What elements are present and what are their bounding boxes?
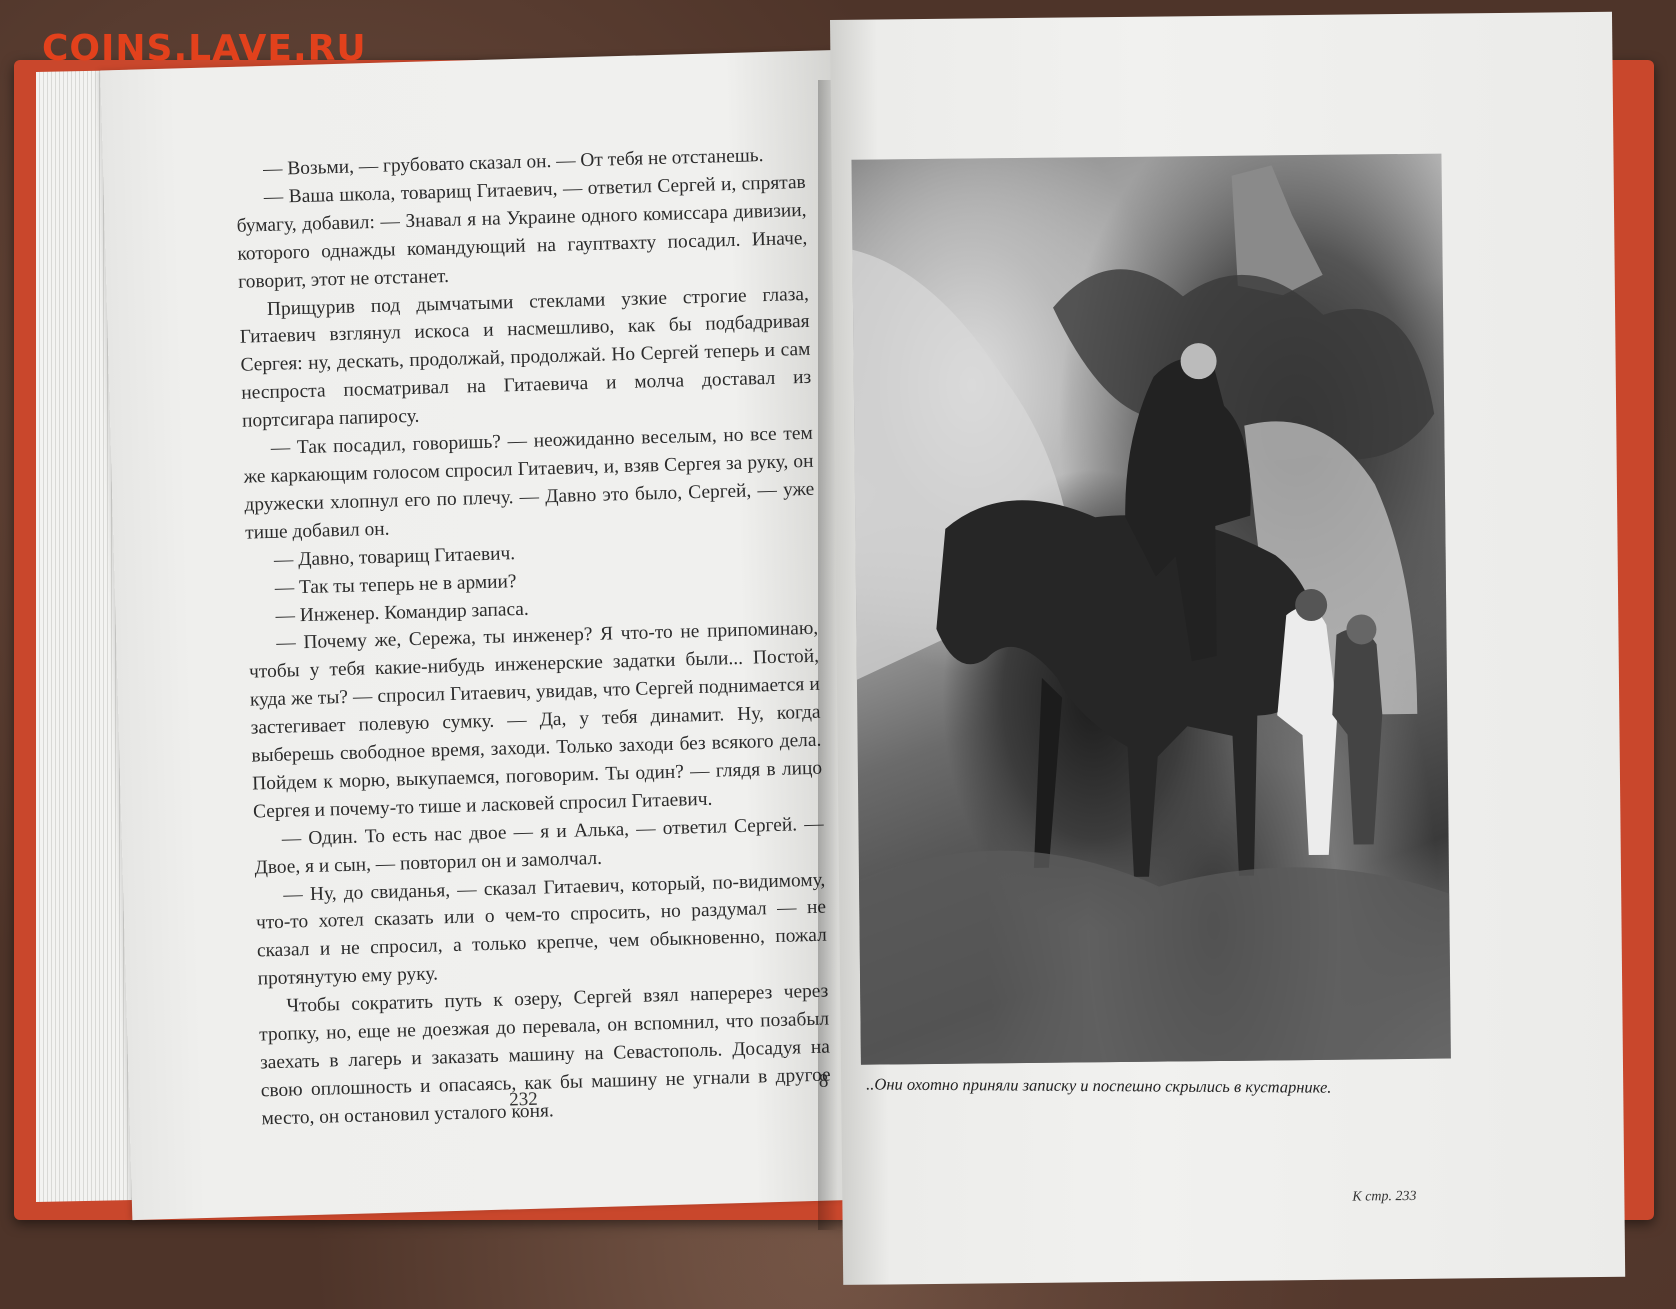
illustration-caption: ..Они охотно приняли записку и поспешно … [866,1074,1466,1098]
page-number: 232 [509,1089,538,1112]
right-page: ..Они охотно приняли записку и поспешно … [830,12,1625,1285]
paragraph: — Так посадил, говоришь? — неожиданно ве… [243,420,816,547]
horse-rider-illustration-icon [851,154,1450,1065]
paragraph: — Ваша школа, товарищ Гитаевич, — ответи… [236,169,809,296]
body-text: — Возьми, — грубовато сказал он. — От те… [235,141,832,1133]
left-page: — Возьми, — грубовато сказал он. — От те… [100,50,867,1220]
illustration-plate [851,154,1450,1065]
paragraph: Прищурив под дымчатыми стеклами узкие ст… [239,280,813,435]
paragraph: — Ну, до свиданья, — сказал Гитаевич, ко… [255,866,828,993]
paragraph: — Почему же, Сережа, ты инженер? Я что-т… [248,615,823,826]
watermark: COINS.LAVE.RU [42,28,367,69]
plate-reference: К стр. 233 [1352,1189,1416,1206]
paragraph: Чтобы сократить путь к озеру, Сергей взя… [258,978,832,1133]
